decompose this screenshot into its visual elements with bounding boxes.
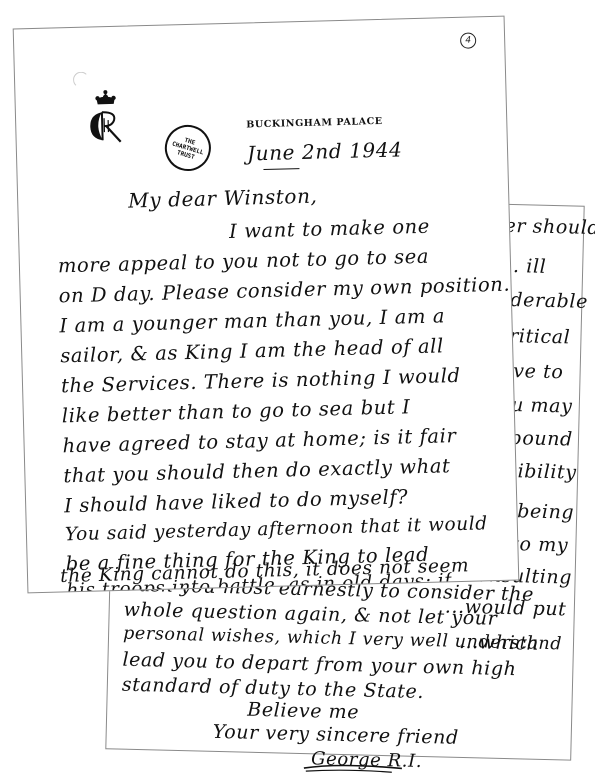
letter-line: the Services. There is nothing I would: [61, 364, 461, 397]
letter-line: sailor, & as King I am the head of all: [60, 334, 444, 367]
letter-line: I should have liked to do myself?: [64, 485, 409, 517]
letter-line: have agreed to stay at home; is it fair: [62, 424, 456, 457]
letter-date: June 2nd 1944: [247, 137, 403, 165]
signature-flourish-icon: [302, 760, 412, 777]
page-number: 4: [460, 32, 476, 48]
letter-page-1: 4 THE CHARTWELL TRUST BUCKINGHAM PALACE …: [13, 16, 520, 594]
letterhead: BUCKINGHAM PALACE: [246, 116, 383, 131]
letter-line: more appeal to you not to go to sea: [58, 245, 430, 278]
letter-line: that you should then do exactly what: [63, 454, 451, 487]
letter-line: on D day. Please consider my own positio…: [58, 273, 510, 308]
royal-crown-monogram-icon: [85, 82, 127, 155]
letter-line: I am a younger man than you, I am a: [59, 304, 445, 337]
chartwell-trust-stamp: THE CHARTWELL TRUST: [159, 119, 216, 176]
letter-line: I want to make one: [229, 215, 430, 243]
closing-line: Your very sincere friend: [212, 721, 459, 749]
closing-line: Believe me: [247, 699, 359, 724]
salutation: My dear Winston,: [128, 184, 318, 213]
letter-line: like better than to go to sea but I: [62, 395, 411, 427]
date-underline: [263, 168, 299, 170]
letter-line: You said yesterday afternoon that it wou…: [65, 513, 488, 545]
